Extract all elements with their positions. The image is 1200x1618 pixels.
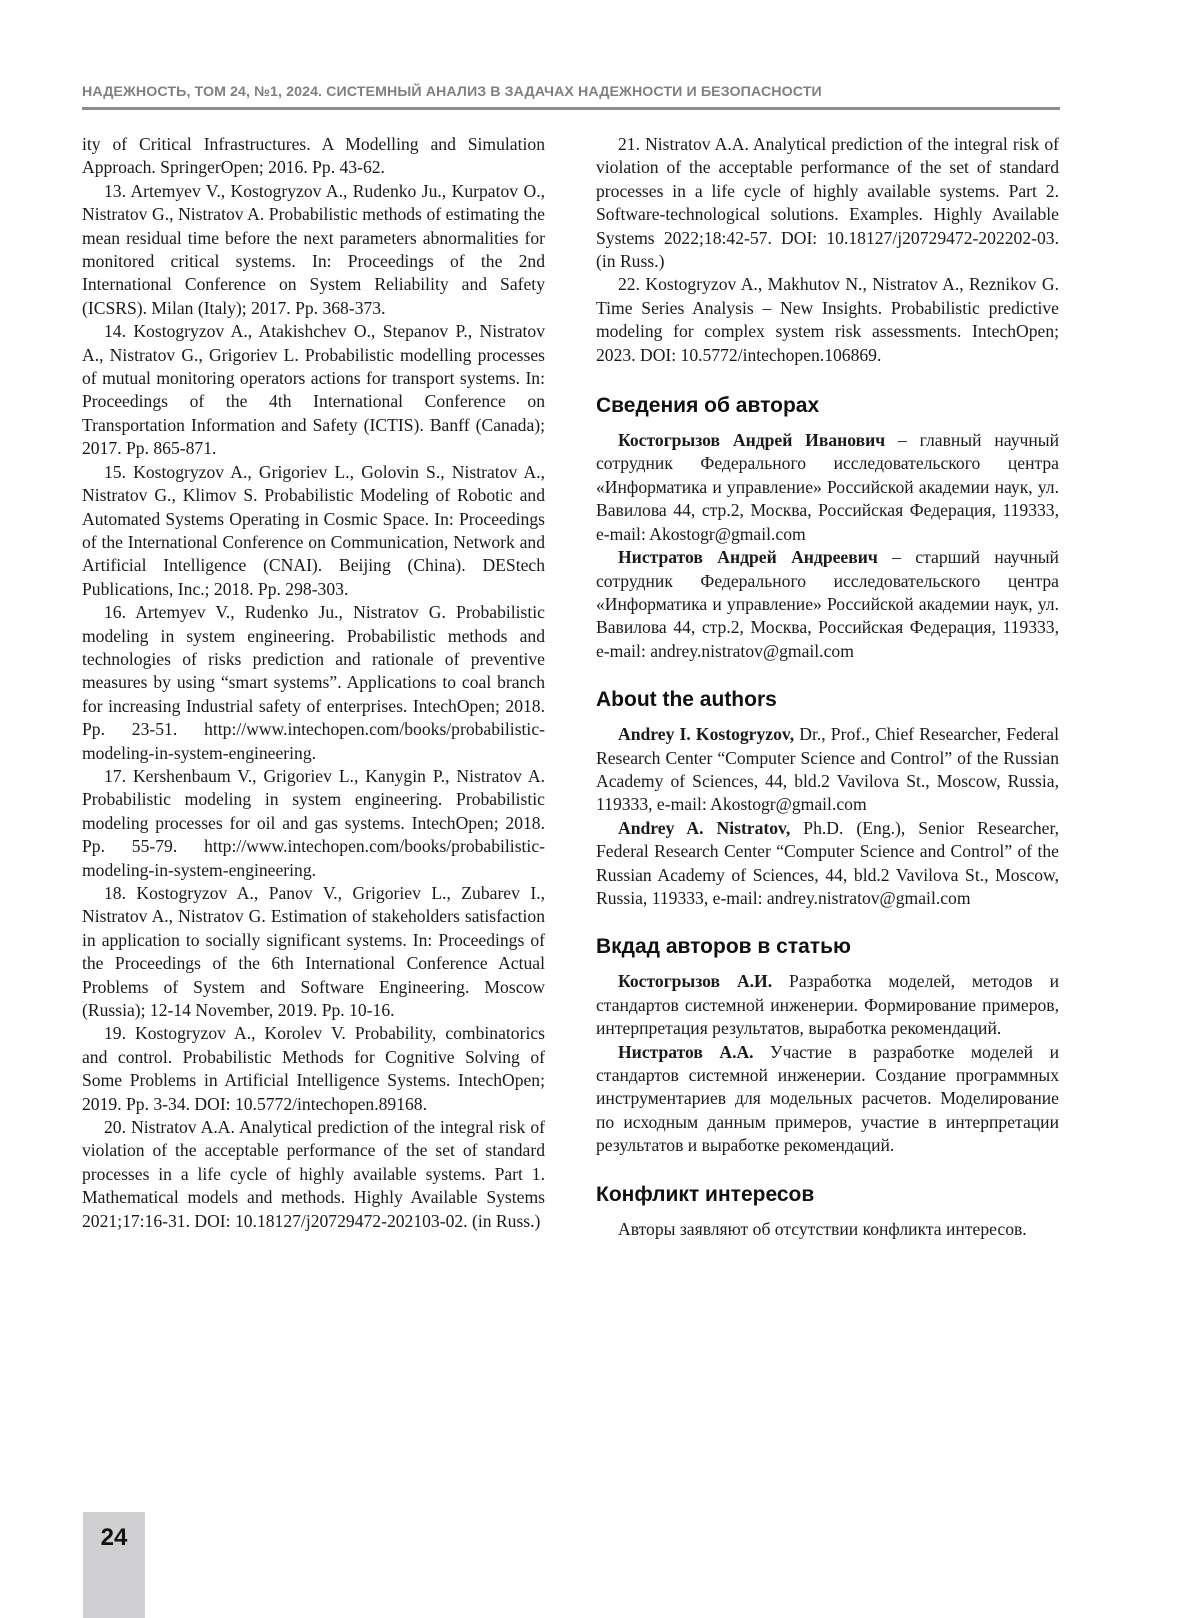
author-ru-1: Костогрызов Андрей Иванович – главный на…: [596, 429, 1059, 546]
author-name: Нистратов Андрей Андреевич: [618, 547, 878, 567]
conflict-statement: Авторы заявляют об отсутствии конфликта …: [596, 1218, 1059, 1241]
author-ru-2: Нистратов Андрей Андреевич – старший нау…: [596, 546, 1059, 663]
reference-18: 18. Kostogryzov A., Panov V., Grigoriev …: [82, 882, 545, 1022]
header-rule: [82, 107, 1060, 110]
author-en-2: Andrey A. Nistratov, Ph.D. (Eng.), Senio…: [596, 817, 1059, 911]
author-name: Костогрызов Андрей Иванович: [618, 430, 885, 450]
author-name: Andrey I. Kostogryzov,: [618, 724, 794, 744]
author-en-1: Andrey I. Kostogryzov, Dr., Prof., Chief…: [596, 723, 1059, 817]
section-title-authors-ru: Сведения об авторах: [596, 393, 1059, 419]
reference-22: 22. Kostogryzov A., Makhutov N., Nistrat…: [596, 273, 1059, 367]
reference-21: 21. Nistratov A.A. Analytical prediction…: [596, 133, 1059, 273]
section-title-authors-en: About the authors: [596, 687, 1059, 713]
section-title-conflict: Конфликт интересов: [596, 1182, 1059, 1208]
running-header: НАДЕЖНОСТЬ, ТОМ 24, №1, 2024. СИСТЕМНЫЙ …: [82, 84, 1072, 100]
page-number: 24: [83, 1524, 145, 1552]
contribution-2: Нистратов А.А. Участие в разработке моде…: [596, 1041, 1059, 1158]
author-name: Костогрызов А.И.: [618, 971, 772, 991]
contribution-1: Костогрызов А.И. Разработка моделей, мет…: [596, 970, 1059, 1040]
author-name: Andrey A. Nistratov,: [618, 818, 790, 838]
reference-20: 20. Nistratov A.A. Analytical prediction…: [82, 1116, 545, 1233]
reference-13: 13. Artemyev V., Kostogryzov A., Rudenko…: [82, 180, 545, 320]
left-column: ity of Critical Infrastructures. A Model…: [82, 133, 545, 1233]
reference-17: 17. Kershenbaum V., Grigoriev L., Kanygi…: [82, 765, 545, 882]
reference-15: 15. Kostogryzov A., Grigoriev L., Golovi…: [82, 461, 545, 601]
page-number-tab: 24: [83, 1512, 145, 1618]
section-title-contribution: Вкдад авторов в статью: [596, 934, 1059, 960]
author-name: Нистратов А.А.: [618, 1042, 754, 1062]
reference-16: 16. Artemyev V., Rudenko Ju., Nistratov …: [82, 601, 545, 765]
reference-continuation: ity of Critical Infrastructures. A Model…: [82, 133, 545, 180]
right-column: 21. Nistratov A.A. Analytical prediction…: [596, 133, 1059, 1241]
reference-14: 14. Kostogryzov A., Atakishchev O., Step…: [82, 320, 545, 460]
reference-19: 19. Kostogryzov A., Korolev V. Probabili…: [82, 1022, 545, 1116]
